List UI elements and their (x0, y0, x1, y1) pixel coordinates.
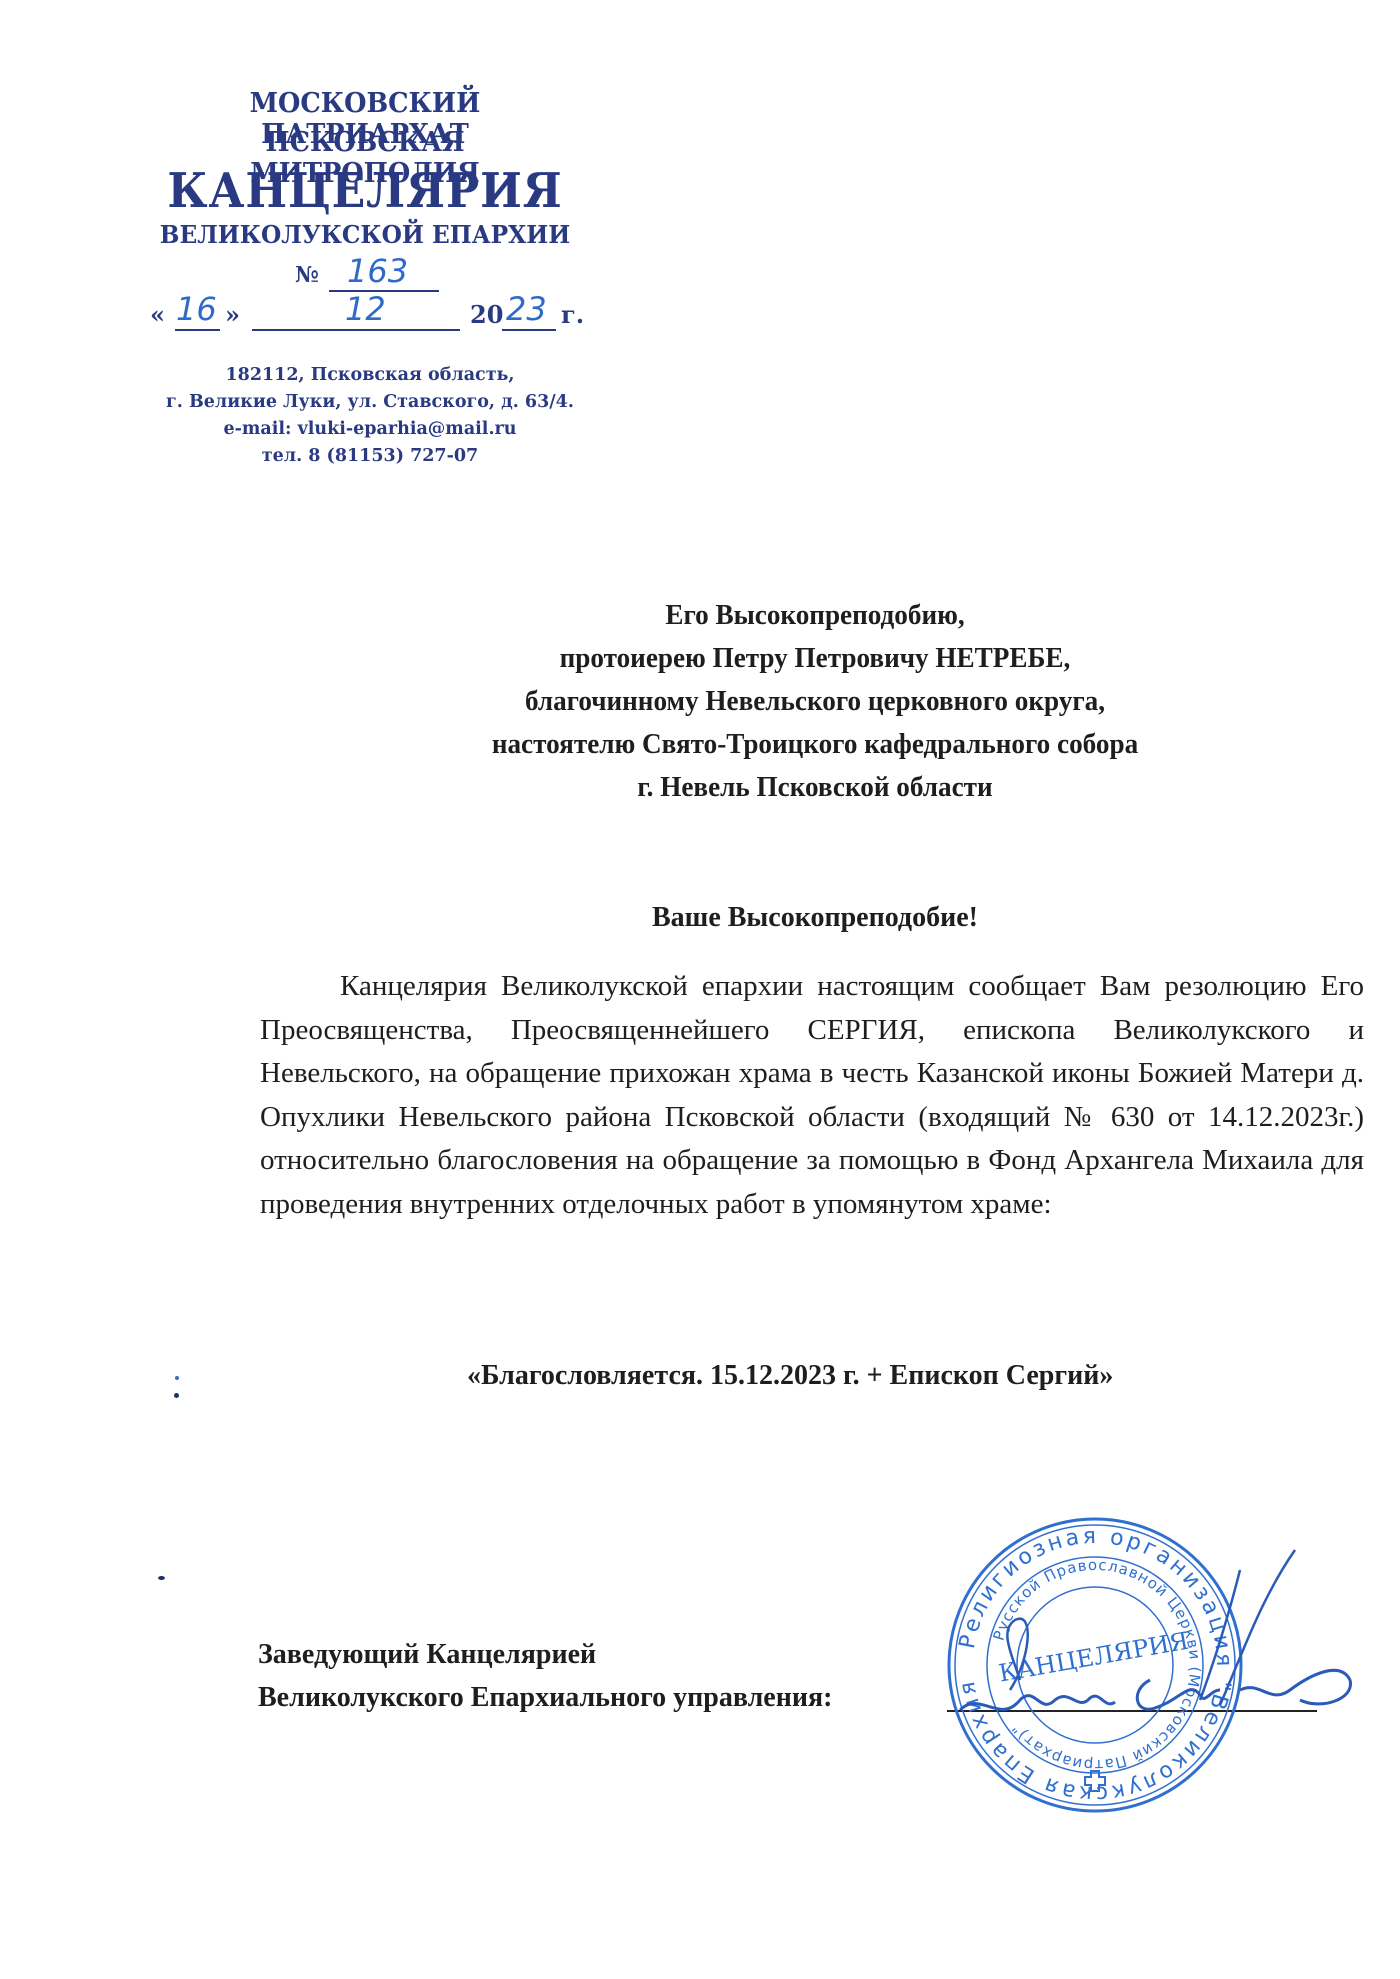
date-open-quote: « (150, 300, 165, 329)
letterhead-chancellery: КАНЦЕЛЯРИЯ (167, 163, 563, 219)
body-paragraph: Канцелярия Великолукской епархии настоящ… (260, 965, 1364, 1226)
address-line: 182112, Псковская область, (150, 362, 590, 389)
scan-speck (158, 1576, 165, 1580)
scan-speck (174, 1393, 179, 1398)
month-underline (252, 329, 460, 331)
letterhead-address: 182112, Псковская область, г. Великие Лу… (150, 362, 590, 470)
signatory-title-line: Великолукского Епархиального управления: (258, 1676, 832, 1719)
outgoing-number-value: 163 (347, 252, 408, 290)
letterhead-diocese: ВЕЛИКОЛУКСКОЙ ЕПАРХИИ (156, 220, 573, 249)
greeting: Ваше Высокопреподобие! (400, 902, 1230, 934)
date-close-quote: » (225, 300, 240, 329)
signatory-title: Заведующий Канцелярией Великолукского Еп… (258, 1633, 832, 1719)
scan-speck (175, 1376, 179, 1380)
date-year-abbr: г. (561, 300, 584, 329)
addressee-line: настоятелю Свято-Троицкого кафедрального… (412, 723, 1217, 766)
date-day: 16 (176, 290, 217, 328)
day-underline (175, 329, 220, 331)
addressee-line: Его Высокопреподобию, (412, 594, 1217, 637)
date-year-prefix: 20 (470, 300, 503, 329)
addressee-line: благочинному Невельского церковного окру… (412, 680, 1217, 723)
date-month: 12 (345, 290, 386, 328)
addressee-line: протоиерею Петру Петровичу НЕТРЕБЕ, (412, 637, 1217, 680)
handwritten-signature-icon (940, 1540, 1360, 1760)
date-year-suffix: 23 (506, 290, 547, 328)
addressee-block: Его Высокопреподобию, протоиерею Петру П… (400, 594, 1230, 809)
address-email: e-mail: vluki-eparhia@mail.ru (150, 416, 590, 443)
address-line: г. Великие Луки, ул. Ставского, д. 63/4. (150, 389, 590, 416)
year-underline (502, 329, 556, 331)
document-page: МОСКОВСКИЙ ПАТРИАРХАТ ПСКОВСКАЯ МИТРОПОЛ… (0, 0, 1400, 1979)
outgoing-number-label: № (295, 262, 319, 288)
signatory-title-line: Заведующий Канцелярией (258, 1633, 832, 1676)
addressee-line: г. Невель Псковской области (412, 766, 1217, 809)
address-phone: тел. 8 (81153) 727-07 (150, 443, 590, 470)
resolution-quote: «Благословляется. 15.12.2023 г. + Еписко… (467, 1360, 1113, 1392)
